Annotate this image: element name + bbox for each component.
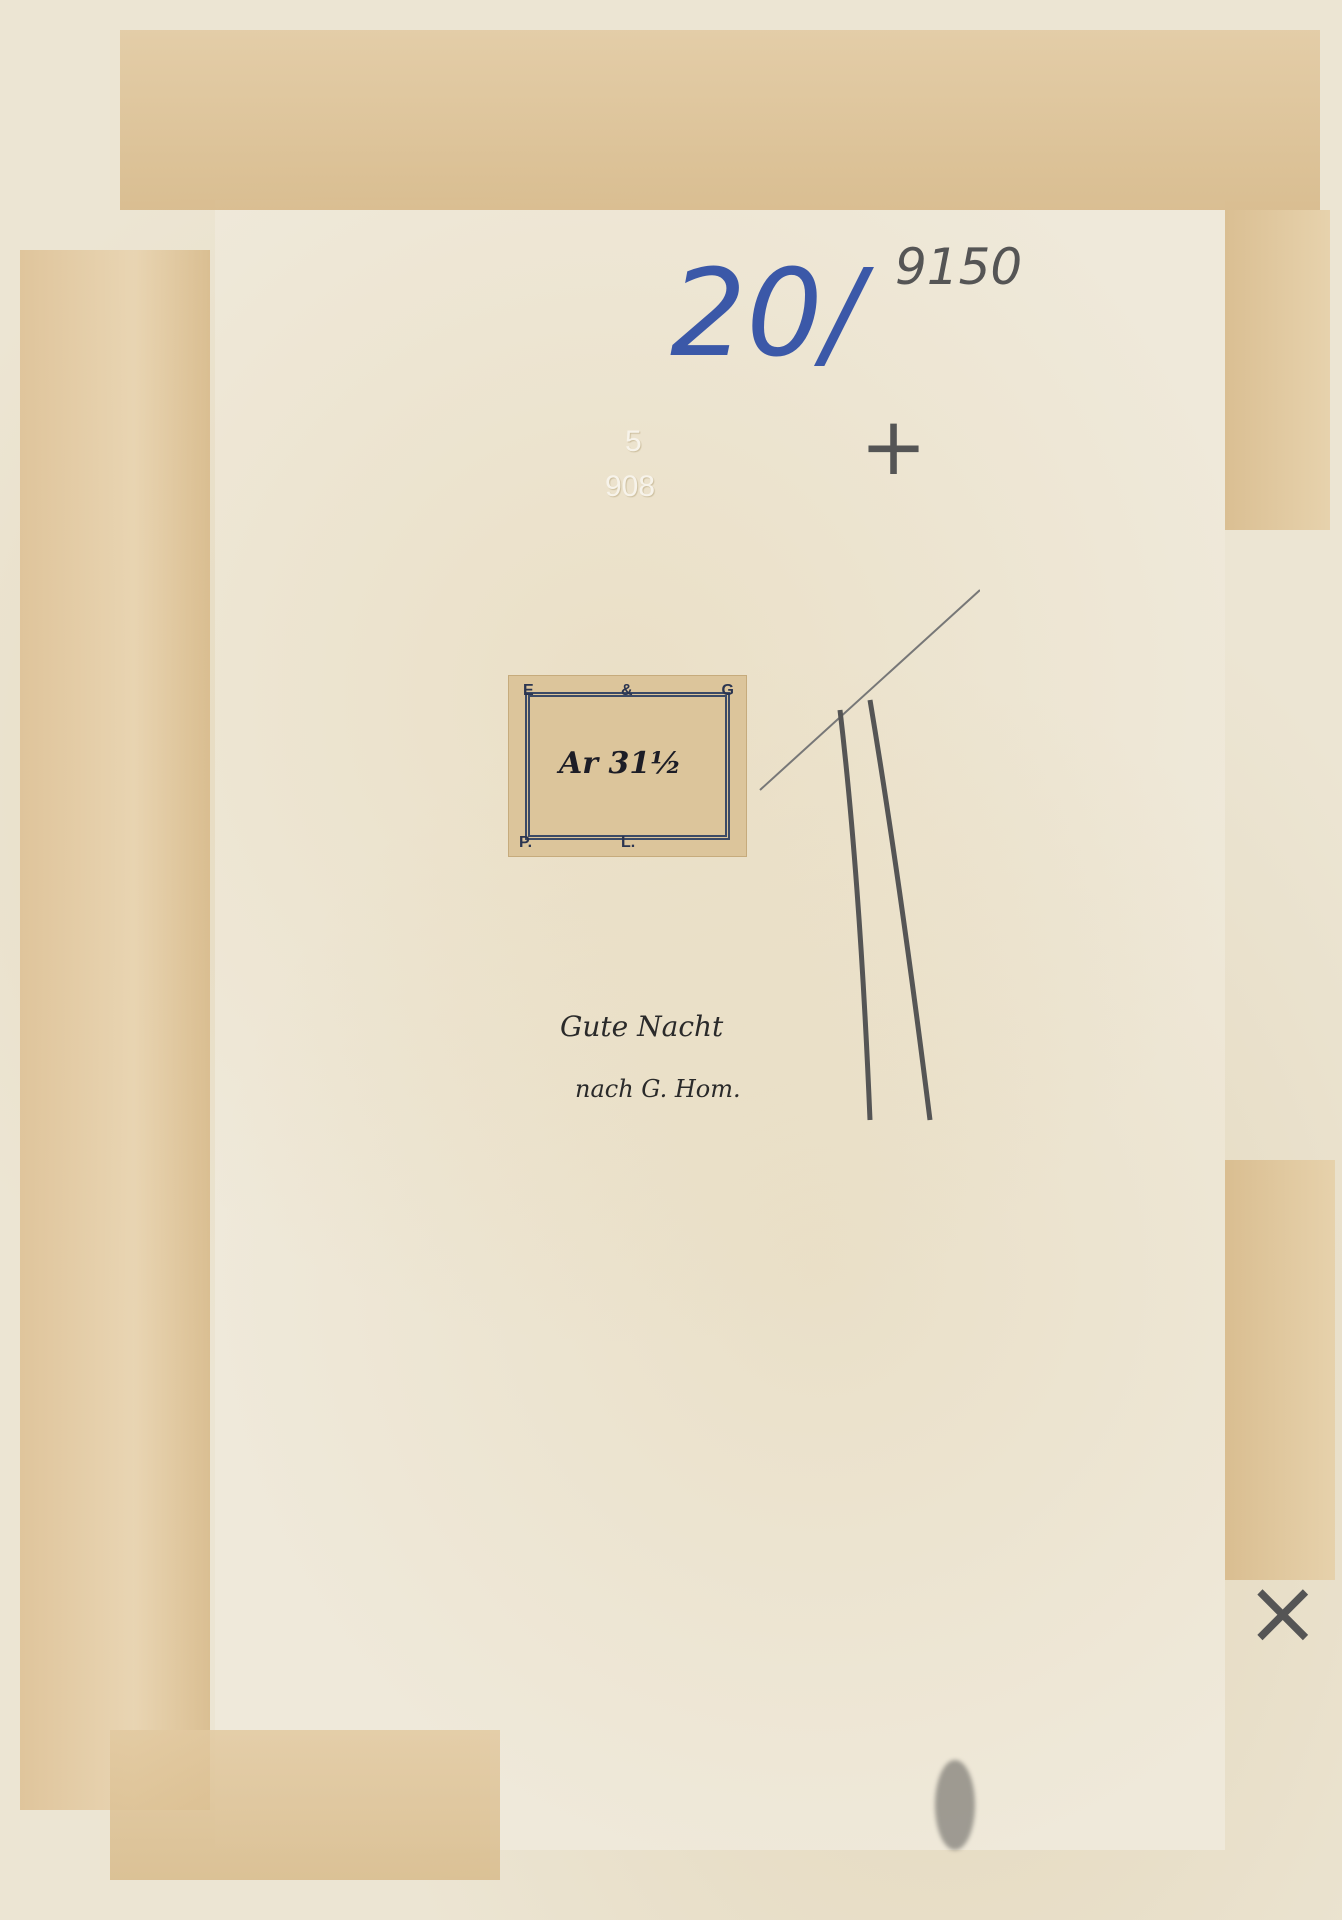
tape-strip-top	[120, 30, 1320, 210]
label-corner-bc: L.	[621, 834, 635, 852]
label-corner-tc: &	[621, 682, 633, 700]
tape-strip-bottom	[110, 1730, 500, 1880]
pencil-cross: +	[860, 400, 927, 493]
pencil-strokes	[740, 580, 980, 1140]
artwork-back: 20/ 9150 + × 5 908 E & G P. L. Ar 31½ Gu…	[0, 0, 1342, 1920]
caption-attribution: nach G. Hom.	[575, 1075, 741, 1103]
pencil-x-mark: ×	[1245, 1560, 1320, 1665]
stain-mark	[935, 1760, 975, 1850]
blue-pencil-number: 20/	[670, 245, 863, 384]
tape-strip-right-lower	[1225, 1160, 1335, 1580]
caption-title: Gute Nacht	[560, 1010, 723, 1043]
tape-strip-left	[20, 250, 210, 1810]
embossed-mark-1: 5	[625, 425, 642, 459]
dealer-label: E & G P. L. Ar 31½	[508, 675, 747, 857]
tape-strip-right-upper	[1225, 210, 1330, 530]
label-corner-tl: E	[523, 682, 534, 700]
label-corner-tr: G	[722, 682, 734, 700]
grey-pencil-number: 9150	[895, 238, 1022, 296]
embossed-mark-2: 908	[605, 470, 655, 504]
label-corner-bl: P.	[519, 834, 532, 852]
label-handwriting: Ar 31½	[559, 746, 682, 781]
